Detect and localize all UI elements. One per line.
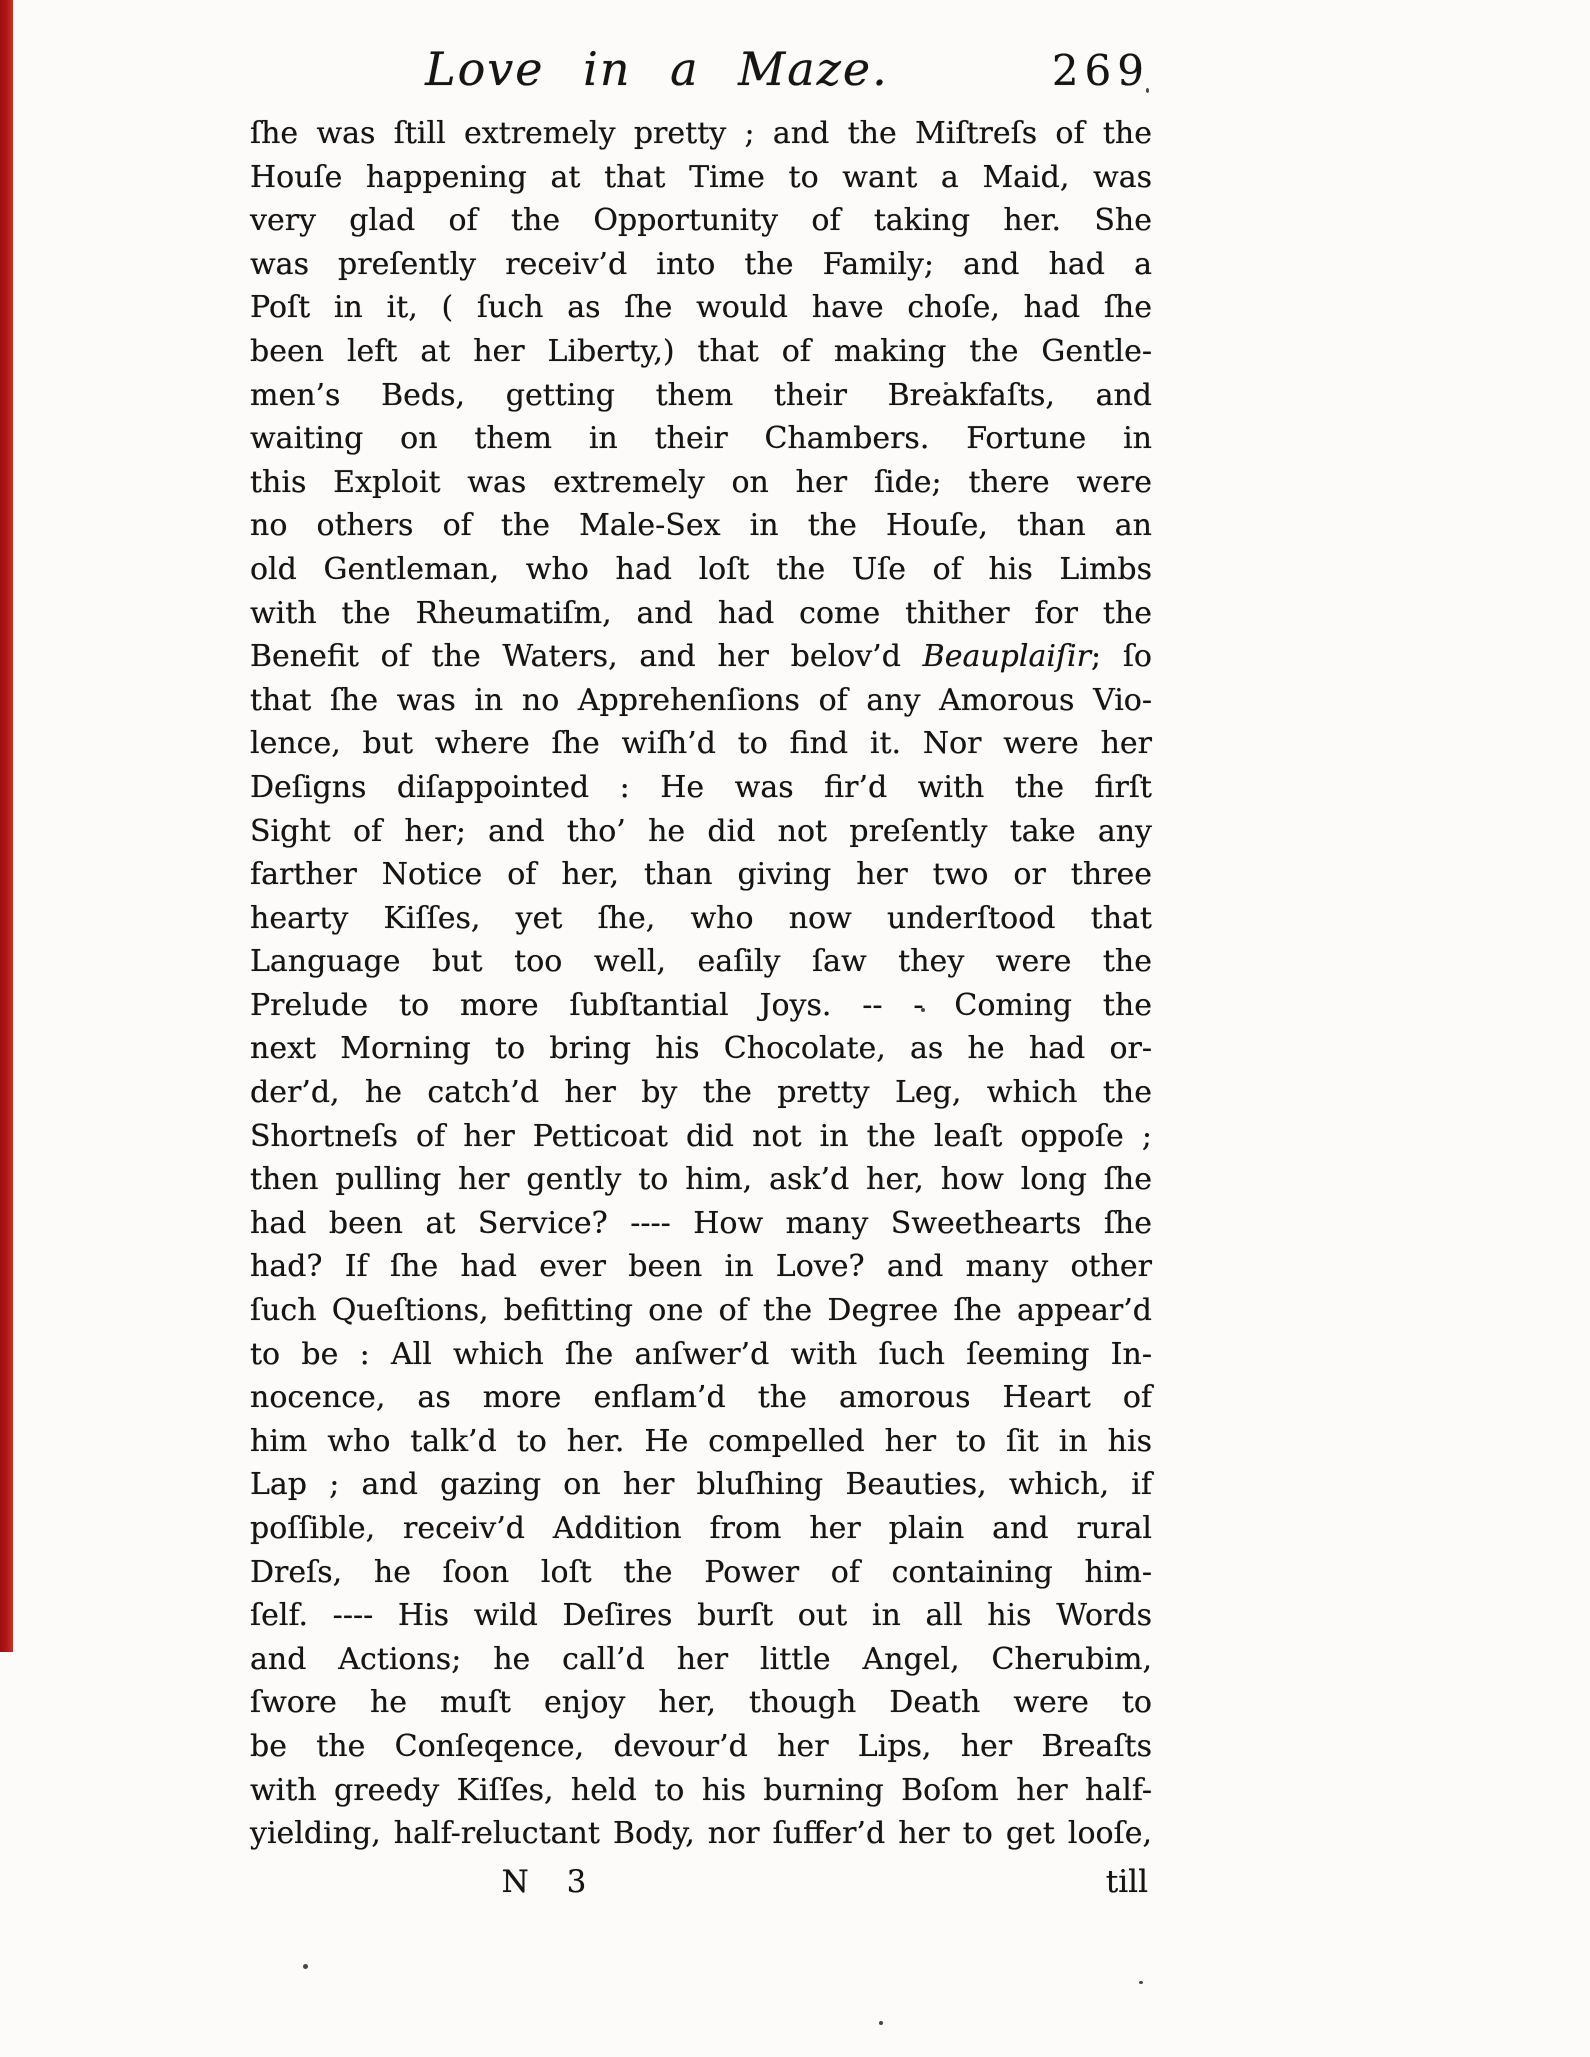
text-line: yielding, half-reluctant Body, nor ſuffe…: [250, 1812, 1152, 1856]
text-line: Sight of her; and tho’ he did not preſen…: [250, 810, 1152, 854]
body-text: ſhe was ſtill extremely pretty ; and the…: [250, 112, 1152, 1856]
text-line: had been at Service? ---- How many Sweet…: [250, 1202, 1152, 1246]
text-line: men’s Beds, getting them their Breakfaſt…: [250, 374, 1152, 418]
text-line: Houſe happening at that Time to want a M…: [250, 156, 1152, 200]
text-line: this Exploit was extremely on her ſide; …: [250, 461, 1152, 505]
text-line: then pulling her gently to him, ask’d he…: [250, 1158, 1152, 1202]
text-line: Deſigns diſappointed : He was fir’d with…: [250, 766, 1152, 810]
text-line: and Actions; he call’d her little Angel,…: [250, 1638, 1152, 1682]
text-line: Prelude to more ſubſtantial Joys. -- - C…: [250, 984, 1152, 1028]
text-line: had? If ſhe had ever been in Love? and m…: [250, 1245, 1152, 1289]
text-line: der’d, he catch’d her by the pretty Leg,…: [250, 1071, 1152, 1115]
text-line: with greedy Kiſſes, held to his burning …: [250, 1769, 1152, 1813]
text-line: ſhe was ſtill extremely pretty ; and the…: [250, 112, 1152, 156]
text-line: ſuch Queſtions, befitting one of the Deg…: [250, 1289, 1152, 1333]
book-edge-strip: [0, 0, 13, 1652]
page-number: 269: [1052, 46, 1150, 95]
scan-speck: [944, 382, 948, 385]
text-line: ſwore he muſt enjoy her, though Death we…: [250, 1681, 1152, 1725]
text-line: Language but too well, eaſily ſaw they w…: [250, 940, 1152, 984]
text-line: old Gentleman, who had loſt the Uſe of h…: [250, 548, 1152, 592]
running-head: Love in a Maze. 269: [250, 42, 1152, 96]
text-line: be the Conſeqence, devour’d her Lips, he…: [250, 1725, 1152, 1769]
text-line: next Morning to bring his Chocolate, as …: [250, 1027, 1152, 1071]
text-line: waiting on them in their Chambers. Fortu…: [250, 417, 1152, 461]
text-line: to be : All which ſhe anſwer’d with ſuch…: [250, 1333, 1152, 1377]
text-line: very glad of the Opportunity of taking h…: [250, 199, 1152, 243]
scan-speck: [303, 1964, 308, 1969]
catchword: till: [1106, 1864, 1152, 1900]
text-line: him who talk’d to her. He compelled her …: [250, 1420, 1152, 1464]
text-line: Benefit of the Waters, and her belov’d B…: [250, 635, 1152, 679]
text-line: Dreſs, he ſoon loſt the Power of contain…: [250, 1551, 1152, 1595]
text-line: that ſhe was in no Apprehenſions of any …: [250, 679, 1152, 723]
footer-line: N 3 till: [250, 1864, 1152, 1900]
text-line: Shortneſs of her Petticoat did not in th…: [250, 1115, 1152, 1159]
scan-speck: [1146, 88, 1149, 93]
scan-speck: [879, 2021, 883, 2025]
text-line: been left at her Liberty,) that of makin…: [250, 330, 1152, 374]
scan-speck: [921, 1008, 925, 1012]
text-line: hearty Kiſſes, yet ſhe, who now underſto…: [250, 897, 1152, 941]
scan-speck: [1139, 1981, 1143, 1984]
signature-mark: N 3: [502, 1864, 601, 1900]
text-line: farther Notice of her, than giving her t…: [250, 853, 1152, 897]
text-line: no others of the Male-Sex in the Houſe, …: [250, 504, 1152, 548]
text-line: nocence, as more enflam’d the amorous He…: [250, 1376, 1152, 1420]
text-line: lence, but where ſhe wiſh’d to find it. …: [250, 722, 1152, 766]
scan-speck: [912, 833, 916, 836]
text-line: with the Rheumatiſm, and had come thithe…: [250, 592, 1152, 636]
text-line: ſelf. ---- His wild Deſires burſt out in…: [250, 1594, 1152, 1638]
text-line: Poſt in it, ( ſuch as ſhe would have cho…: [250, 286, 1152, 330]
page-column: Love in a Maze. 269 ſhe was ſtill extrem…: [250, 42, 1152, 1900]
text-line: was preſently receiv’d into the Family; …: [250, 243, 1152, 287]
text-line: poſſible, receiv’d Addition from her pla…: [250, 1507, 1152, 1551]
page-title: Love in a Maze.: [425, 42, 889, 96]
text-line: Lap ; and gazing on her bluſhing Beautie…: [250, 1463, 1152, 1507]
